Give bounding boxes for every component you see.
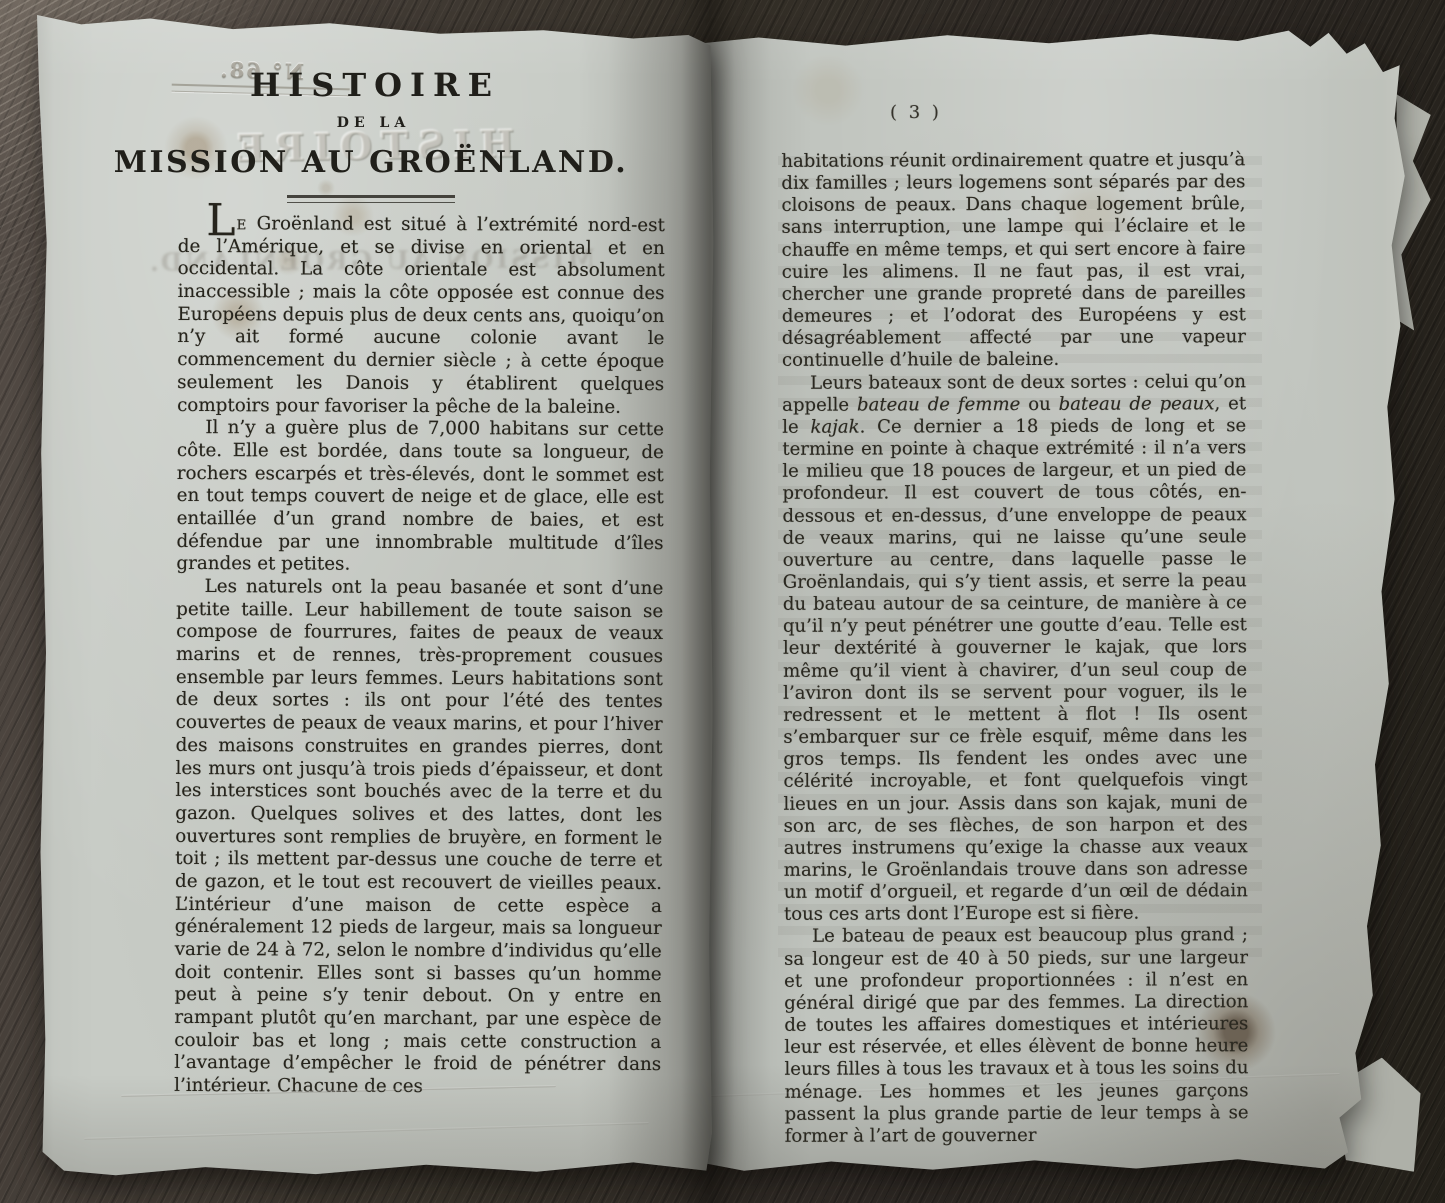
photo-of-open-booklet: ( 3 ) habitations réunit ordinairement q…	[0, 0, 1445, 1203]
title-de-la: DE LA	[26, 115, 716, 131]
paragraph: Il n’y a guère plus de 7,000 habitans su…	[176, 417, 664, 578]
paragraph: LE Groënland est situé à l’extrémité nor…	[177, 213, 665, 419]
left-page-text-column: LE Groënland est situé à l’extrémité nor…	[174, 213, 665, 1100]
left-page-wrapper: N° 68. HISTOIRE MISSION AU GROËNLAND. HI…	[0, 0, 1445, 1203]
left-page: N° 68. HISTOIRE MISSION AU GROËNLAND. HI…	[26, 8, 716, 1180]
title-double-rule	[287, 195, 455, 203]
smallcap-letter: E	[236, 217, 246, 233]
paper-crease	[84, 1122, 649, 1140]
title-histoire: HISTOIRE	[26, 66, 716, 104]
paragraph: Les naturels ont la peau basanée et sont…	[174, 576, 663, 1100]
title-mission: MISSION AU GROËNLAND.	[26, 145, 716, 180]
title-block: HISTOIRE DE LA MISSION AU GROËNLAND.	[26, 66, 716, 203]
text-segment: Les naturels ont la peau basanée et sont…	[174, 576, 663, 1097]
text-segment: Il n’y a guère plus de 7,000 habitans su…	[176, 417, 664, 575]
text-segment: Groënland est situé à l’extrémité nord-e…	[177, 213, 665, 417]
